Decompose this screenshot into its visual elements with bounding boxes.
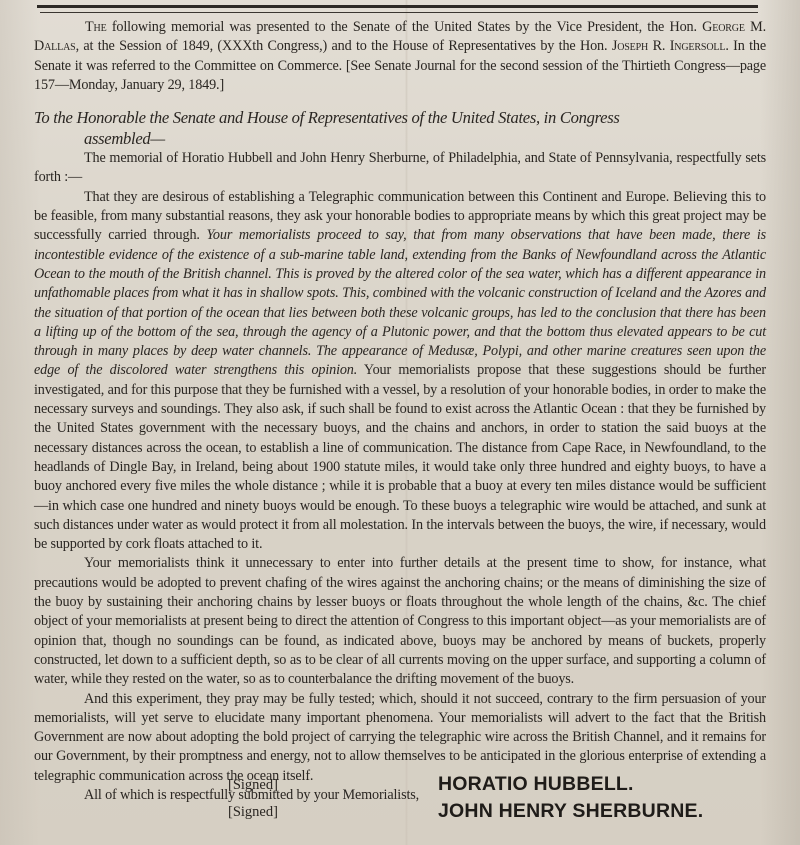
salutation-line-1: To the Honorable the Senate and House of… <box>34 108 620 127</box>
top-rule-thick <box>37 5 758 8</box>
paragraph-4: And this experiment, they pray may be fu… <box>34 690 766 786</box>
signed-label: [Signed] <box>228 804 278 821</box>
paragraph-1: The memorial of Horatio Hubbell and John… <box>34 149 766 188</box>
paragraph-2-italic-passage: Your memorialists proceed to say, that f… <box>34 227 766 378</box>
salutation: To the Honorable the Senate and House of… <box>34 107 766 149</box>
name-joseph-ingersoll: Joseph R. Ingersoll <box>612 38 725 54</box>
signatory-name: JOHN HENRY SHERBURNE. <box>438 800 703 823</box>
top-rule-thin <box>40 12 758 13</box>
signed-label: [Signed] <box>228 777 278 794</box>
intro-paragraph: The following memorial was presented to … <box>34 18 766 95</box>
paragraph-3: Your memorialists think it unnecessary t… <box>34 554 766 689</box>
memorial-document: The following memorial was presented to … <box>34 18 766 805</box>
signatory-name: HORATIO HUBBELL. <box>438 773 634 796</box>
intro-lead: The <box>85 19 107 35</box>
signature-row: [Signed] HORATIO HUBBELL. <box>0 777 800 801</box>
signature-row: [Signed] JOHN HENRY SHERBURNE. <box>0 804 800 828</box>
paragraph-2: That they are desirous of establishing a… <box>34 188 766 555</box>
salutation-line-2: assembled— <box>34 128 766 149</box>
